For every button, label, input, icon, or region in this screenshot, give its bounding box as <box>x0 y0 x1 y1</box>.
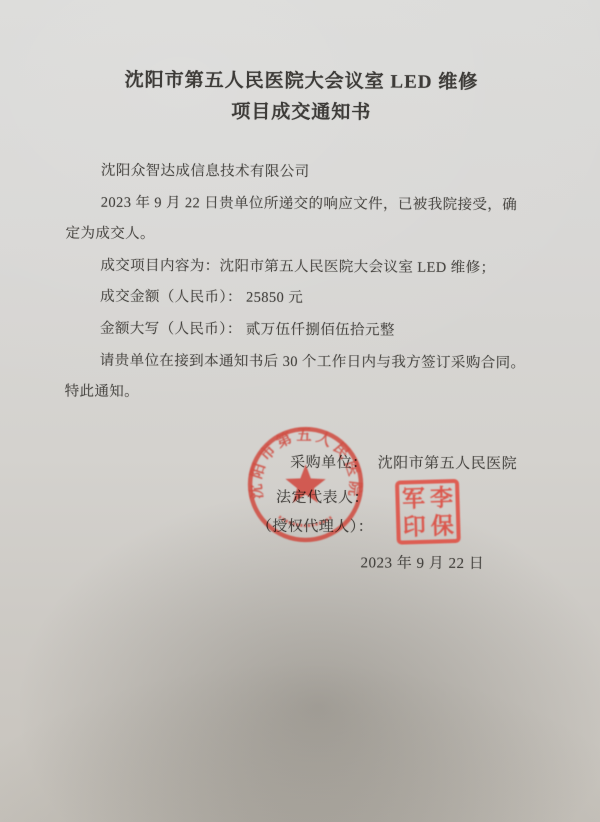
notice-document: 沈阳市第五人民医院大会议室 LED 维修 项目成交通知书 沈阳众智达成信息技术有… <box>0 0 600 822</box>
notice-body: 沈阳众智达成信息技术有限公司 2023 年 9 月 22 日贵单位所递交的响应文… <box>65 156 543 412</box>
amount-words-line: 金额大写（人民币）： 贰万伍仟捌佰伍拾元整 <box>65 314 541 349</box>
seal-serial-marks <box>279 517 331 526</box>
round-official-seal-stamp: 沈阳市第五人民医院 <box>245 424 367 546</box>
document-title-line2: 项目成交通知书 <box>1 95 600 126</box>
name-seal-char: 李 <box>430 486 454 510</box>
name-seal-char: 军 <box>402 486 426 510</box>
document-photo: 沈阳市第五人民医院大会议室 LED 维修 项目成交通知书 沈阳众智达成信息技术有… <box>0 0 600 822</box>
acceptance-line-1: 2023 年 9 月 22 日贵单位所递交的响应文件，已被我院接受，确 <box>66 187 542 222</box>
amount-line: 成交金额（人民币）： 25850 元 <box>65 282 541 317</box>
closing-line: 特此通知。 <box>65 377 541 412</box>
recipient-line: 沈阳众智达成信息技术有限公司 <box>66 156 542 191</box>
document-title-line1: 沈阳市第五人民医院大会议室 LED 维修 <box>1 64 600 95</box>
seal-star-icon <box>285 464 326 503</box>
name-seal-stamp: 军 李 印 保 <box>395 479 461 545</box>
name-seal-char: 印 <box>402 514 426 538</box>
project-content-line: 成交项目内容为：沈阳市第五人民医院大会议室 LED 维修； <box>65 250 541 285</box>
acceptance-line-2: 定为成交人。 <box>65 219 541 254</box>
purchaser-value: 沈阳市第五人民医院 <box>378 455 518 472</box>
name-seal-char: 保 <box>430 514 454 538</box>
date-line: 2023 年 9 月 22 日 <box>361 551 485 573</box>
contract-line: 请贵单位在接到本通知书后 30 个工作日内与我方签订采购合同。 <box>65 345 541 380</box>
